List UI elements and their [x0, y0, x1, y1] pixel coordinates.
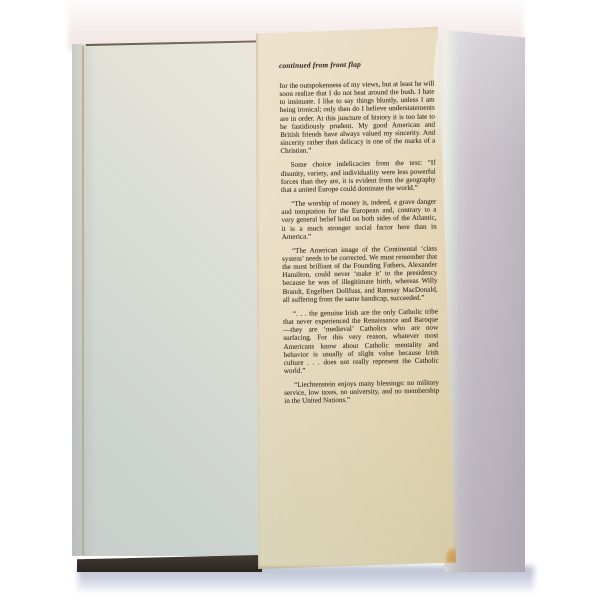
flap-paragraph: for the outspokenness of my views, but a…	[279, 80, 435, 156]
flap-paragraph: “Liechtenstein enjoys many blessings: no…	[284, 379, 439, 406]
page-block-fore-edge	[444, 30, 525, 572]
hinge-crease	[82, 46, 84, 555]
gutter-shading	[72, 44, 96, 556]
book-photo: continued from front flap for the outspo…	[0, 0, 600, 600]
flap-paragraph: “The American image of the Continental ‘…	[282, 244, 438, 304]
flap-paragraph: Some choice indelicacies from the text: …	[281, 159, 436, 194]
dust-jacket-back-flap: continued from front flap for the outspo…	[255, 27, 456, 569]
flap-paragraph: “The worship of money is, indeed, a grav…	[281, 198, 437, 241]
flap-continuation-note: continued from front flap	[279, 59, 434, 70]
cover-bottom-edge	[77, 555, 262, 572]
flap-paragraph: “. . . the genuine Irish are the only Ca…	[283, 307, 439, 375]
flap-text-block: continued from front flap for the outspo…	[279, 59, 439, 412]
